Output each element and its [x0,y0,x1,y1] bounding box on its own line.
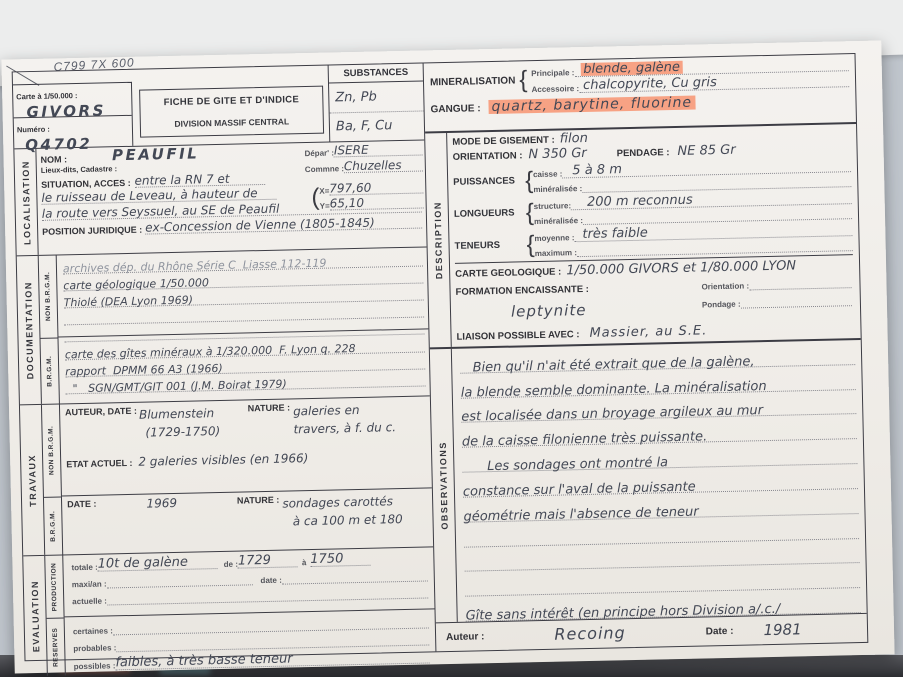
travaux-content: AUTEUR, DATE : Blumenstein (1729-1750) N… [60,396,433,554]
formation-block: FORMATION ENCAISSANTE : Orientation : Po… [455,273,854,330]
accessoire-value: chalcopyrite, Cu gris [583,76,717,92]
structure-label: structure: [534,201,572,211]
section-documentation: DOCUMENTATION NON B.R.G.M. B.R.G.M. arch… [17,246,430,404]
brgm-label: B.R.G.M. [49,511,57,542]
documentation-band: DOCUMENTATION [17,256,42,404]
liaison-label: LIAISON POSSIBLE AVEC : [456,329,579,343]
description-content: MODE DE GISEMENT : filon ORIENTATION : N… [447,124,861,347]
auteur-value: Recoing [554,625,626,643]
moyenne-value: très faible [582,227,648,241]
pendage-label: PENDAGE : [617,147,670,159]
a-label: à [302,558,307,567]
etat-actuel-value: 2 galeries visibles (en 1966) [138,452,308,468]
date-value: 1969 [146,497,177,510]
substances-label: SUBSTANCES [329,63,423,83]
de-label: de : [224,560,238,569]
situation-line3: la route vers Seyssuel, au SE de Peaufil [42,203,280,220]
lieuxdits-label: Lieux-dits, Cadastre : [41,164,117,175]
orientation2-label: Orientation : [701,281,749,291]
accessoire-label: Accessoire : [531,84,579,94]
x-label: X= [319,187,329,196]
non-brgm-label: NON B.R.G.M. [44,272,52,321]
formation-label: FORMATION ENCAISSANTE : [455,284,589,298]
caisse-value: 5 à 8 m [572,163,622,177]
gangue-value: quartz, barytine, fluorine [488,96,695,115]
y-label: Y= [320,202,330,211]
situation-label: SITUATION, ACCES : [41,178,131,190]
certaines-label: certaines : [73,626,113,636]
production-label: PRODUCTION [50,562,58,611]
mode-gisement-value: filon [560,132,588,146]
etat-actuel-label: ETAT ACTUEL : [66,458,132,469]
mineralisee2-label: minéralisée : [534,216,583,226]
evaluation-content: totale : 10t de galène de : 1729 à 1750 … [63,547,436,675]
localisation-band: LOCALISATION [14,149,38,255]
auteur-date-line1: Blumenstein [139,406,214,422]
caisse-label: caisse : [533,169,563,179]
possibles-value: faibles, à très basse teneur [115,652,293,669]
section-localisation: LOCALISATION NOM : PEAUFIL Dépar' : ISER… [14,140,426,255]
liaison-value: Massier, au S.E. [589,324,707,340]
auteur-date-label: AUTEUR, DATE : [65,406,137,418]
maximum-label: maximum : [535,248,577,258]
section-evaluation: EVALUATION PRODUCTION RESERVES totale : … [23,546,436,676]
gangue-label: GANGUE : [430,103,480,115]
principale-value: blende, galène [580,61,683,76]
actuelle-label: actuelle : [72,596,107,606]
probables-label: probables : [73,643,116,653]
doc-line: rapport DPMM 66 A3 (1966) [65,363,223,377]
form-table: Carte à 1/50.000 : GIVORS Numéro : Q4702… [12,53,869,661]
pondage-label: Pondage : [702,300,741,310]
structure-value: 200 m reconnus [587,194,693,209]
orientation-label: ORIENTATION : [453,150,523,163]
pendage-value: NE 85 Gr [677,144,735,158]
title-box: FICHE DE GITE ET D'INDICE DIVISION MASSI… [139,86,324,138]
substances-value-2: Ba, F, Cu [336,119,393,133]
carte-cell: Carte à 1/50.000 : GIVORS [13,83,132,117]
mineralisee-label: minéralisée : [533,184,582,194]
left-column: Carte à 1/50.000 : GIVORS Numéro : Q4702… [13,63,437,660]
mode-gisement-label: MODE DE GISEMENT : [452,135,555,148]
doc-line: " SGN/GMT/GIT 001 (J.M. Boirat 1979) [65,379,286,395]
commune-value: Chuzelles [344,159,402,172]
date-label: DATE : [67,499,97,510]
nom-label: NOM : [40,154,67,165]
doc-line: Thiolé (DEA Lyon 1969) [64,295,193,309]
nature-line1: galeries en [293,403,360,418]
maxan-label: maxi/an : [72,580,107,590]
mineralisation-brace: { [519,71,527,90]
eval-date-label: date : [260,576,282,585]
coordinates-block: ( X= 797,60 Y= 65,10 [311,181,424,213]
teneurs-label: TENEURS [454,239,526,252]
form-header: Carte à 1/50.000 : GIVORS Numéro : Q4702… [13,63,425,149]
nature-line1: sondages carottés [282,494,393,510]
documentation-content: archives dép. du Rhône Série C Liasse 11… [57,247,430,403]
auteur-date-line2: (1729-1750) [145,424,220,440]
y-value: 65,10 [330,197,365,210]
travaux-band: TRAVAUX [20,405,45,555]
section-description: DESCRIPTION MODE DE GISEMENT : filon ORI… [425,124,861,349]
moyenne-label: moyenne : [534,233,574,243]
brgm-label: B.R.G.M. [46,356,54,387]
date-label: Date : [706,625,734,637]
section-observations: OBSERVATIONS Bien qu'il n'ait été extrai… [430,340,867,651]
situation-line2: le ruisseau de Leveau, à hauteur de [41,187,257,204]
carte-numero-box: Carte à 1/50.000 : GIVORS Numéro : Q4702 [13,82,133,149]
nature-line2: à ca 100 m et 180 [293,512,403,528]
observations-lines: Bien qu'il n'ait été extrait que de la g… [452,340,867,622]
fiche-card: C799 7X 600 Carte à 1/50.000 : GIVORS Nu… [1,40,894,673]
date-value: 1981 [763,622,802,638]
evaluation-band: EVALUATION [23,556,48,676]
auteur-label: Auteur : [446,631,485,643]
position-juridique-value: ex-Concession de Vienne (1805-1845) [145,217,375,234]
longueurs-label: LONGUEURS [454,207,526,220]
commune-label: Commne : [305,164,344,174]
numero-label: Numéro : [17,124,50,134]
a-value: 1750 [310,552,343,566]
de-value: 1729 [238,554,271,568]
totale-label: totale : [71,563,97,573]
non-brgm-label: NON B.R.G.M. [47,426,55,475]
depart-value: ISERE [334,144,369,157]
reserves-label: RESERVES [52,627,60,666]
form-subtitle: DIVISION MASSIF CENTRAL [174,116,289,129]
nom-value: PEAUFIL [112,146,200,163]
situation-line1: entre la RN 7 et [134,173,229,187]
nature-line2: travers, à f. du c. [293,420,396,436]
mineralisation-label: MINERALISATION [430,75,516,88]
doc-line: carte géologique 1/50.000 [63,277,209,291]
substances-value-1: Zn, Pb [335,90,377,104]
dept-commune-block: Dépar' : ISERE Commne : Chuzelles [304,143,423,178]
form-title: FICHE DE GITE ET D'INDICE [164,94,300,108]
right-column: MINERALISATION { Principale : blende, ga… [424,54,868,651]
totale-value: 10t de galène [98,556,188,571]
carte-geologique-label: CARTE GEOLOGIQUE : [455,267,561,280]
mineralisation-box: MINERALISATION { Principale : blende, ga… [424,54,856,133]
puissances-label: PUISSANCES [453,175,525,188]
orientation-value: N 350 Gr [528,147,587,161]
position-juridique-label: POSITION JURIDIQUE : [42,225,142,237]
possibles-label: possibles : [74,661,116,671]
carte-label: Carte à 1/50.000 : [16,91,77,101]
x-value: 797,60 [329,182,371,195]
principale-label: Principale : [531,68,574,78]
localisation-content: NOM : PEAUFIL Dépar' : ISERE Commne : Ch… [36,140,426,254]
depart-label: Dépar' : [304,148,334,158]
nature-label: NATURE : [237,495,280,506]
substances-box: SUBSTANCES Zn, Pb Ba, F, Cu [328,63,425,141]
section-travaux: TRAVAUX NON B.R.G.M. B.R.G.M. AUTEUR, DA… [20,395,433,555]
nature-label: NATURE : [248,402,291,413]
formation-value: leptynite [511,303,587,320]
